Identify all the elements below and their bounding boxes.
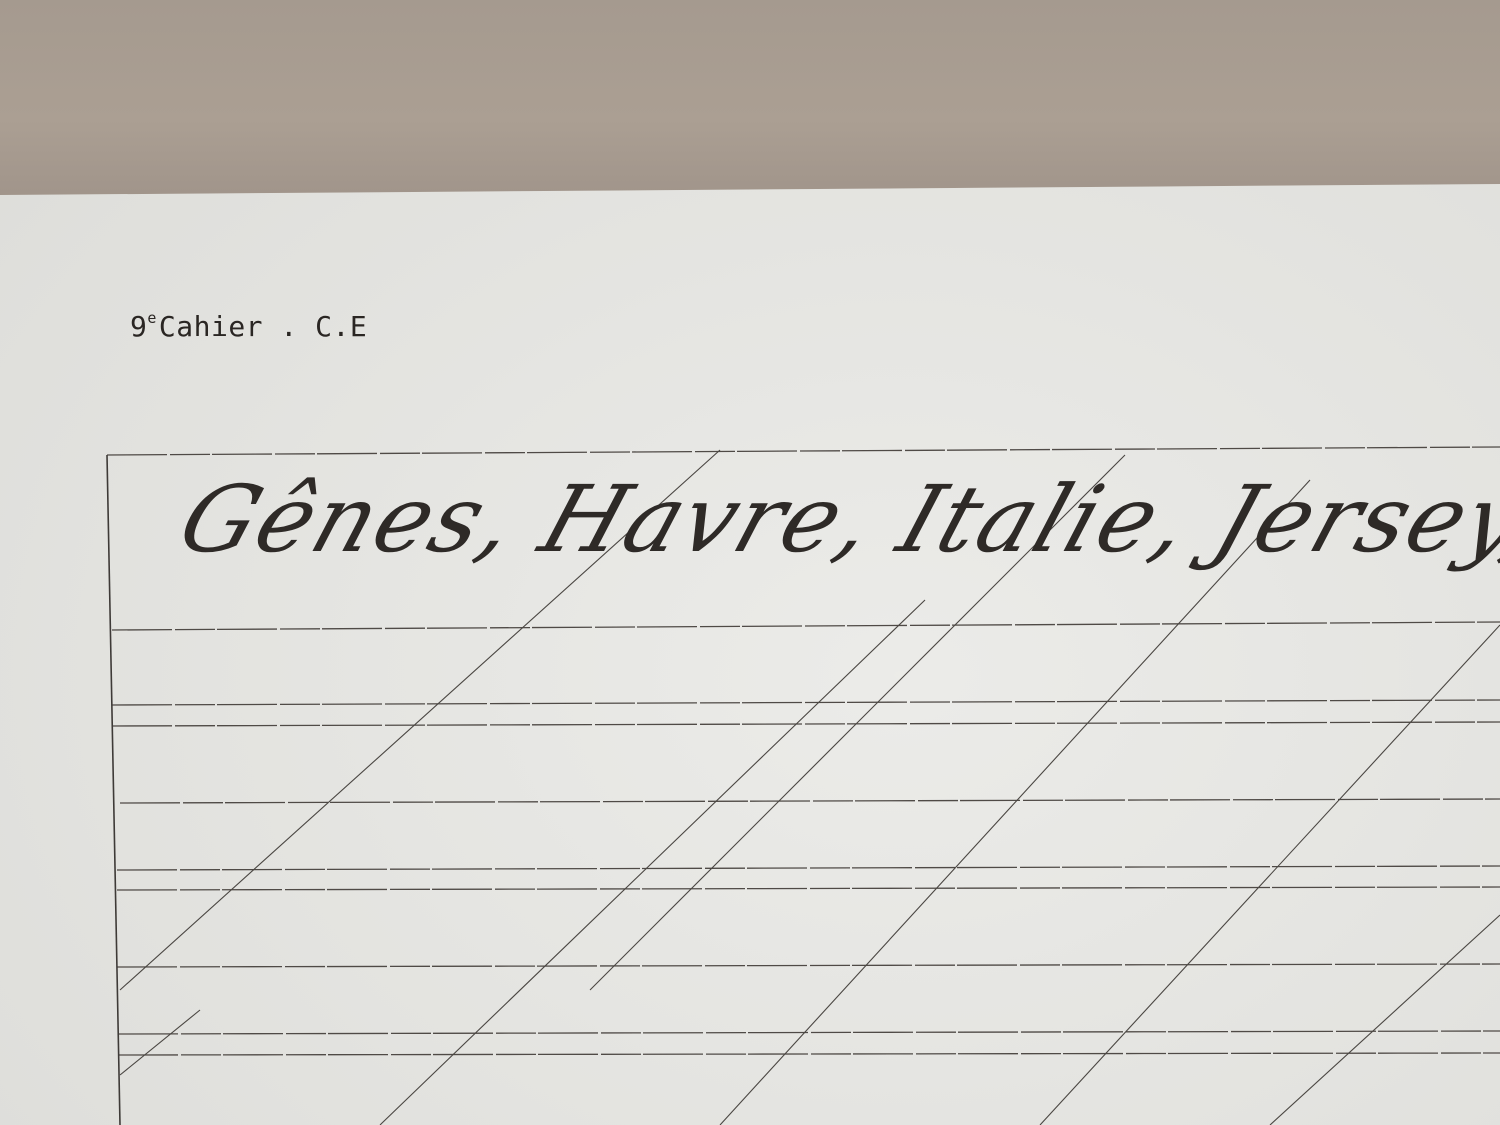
calligraphy-model-line: Gênes, Havre, Italie, Jersey, S — [150, 455, 1500, 625]
practice-rule — [112, 722, 1500, 726]
slant-guide — [120, 1010, 200, 1075]
practice-rule — [112, 700, 1500, 705]
practice-rule — [117, 887, 1500, 890]
slant-guide — [380, 600, 925, 1125]
practice-rule — [118, 1031, 1500, 1034]
practice-rule — [117, 964, 1500, 967]
practice-rule — [120, 799, 1500, 803]
left-margin-rule — [107, 455, 120, 1125]
practice-rule — [118, 1053, 1500, 1055]
slant-guide — [1270, 915, 1500, 1125]
practice-rule — [117, 866, 1500, 870]
frame-top-rule — [107, 447, 1500, 455]
